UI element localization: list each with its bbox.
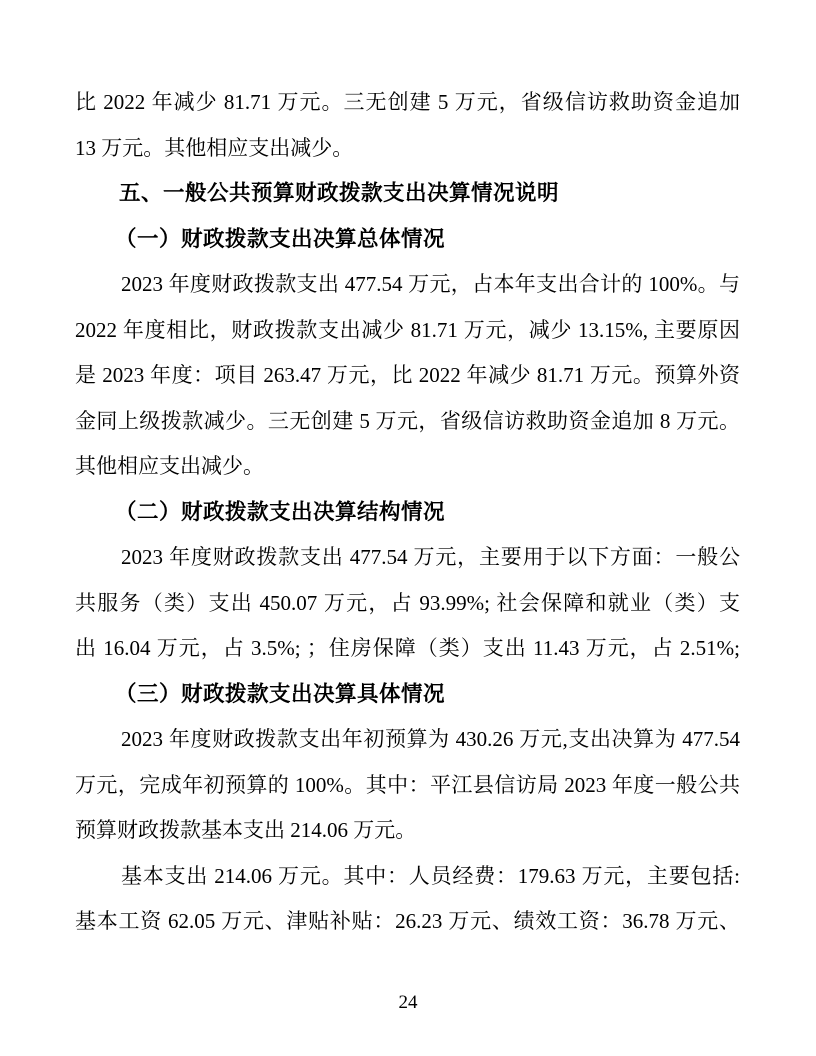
text-line: 2023 年度财政拨款支出年初预算为 430.26 万元,支出决算为 477.5… — [75, 717, 740, 763]
subsection-heading: （一）财政拨款支出决算总体情况 — [75, 217, 740, 263]
text-line: 基本支出 214.06 万元。其中：人员经费：179.63 万元，主要包括: — [75, 854, 740, 900]
subsection-heading: （二）财政拨款支出决算结构情况 — [75, 490, 740, 536]
text-line: 共服务（类）支出 450.07 万元，占 93.99%; 社会保障和就业（类）支 — [75, 581, 740, 627]
text-line: 基本工资 62.05 万元、津贴补贴：26.23 万元、绩效工资：36.78 万… — [75, 899, 740, 945]
page-number: 24 — [0, 992, 816, 1014]
text-line: 万元，完成年初预算的 100%。其中：平江县信访局 2023 年度一般公共 — [75, 763, 740, 809]
text-line: 其他相应支出减少。 — [75, 444, 740, 490]
text-line: 13 万元。其他相应支出减少。 — [75, 126, 740, 172]
text-line: 比 2022 年减少 81.71 万元。三无创建 5 万元，省级信访救助资金追加 — [75, 80, 740, 126]
text-line: 2023 年度财政拨款支出 477.54 万元，占本年支出合计的 100%。与 — [75, 262, 740, 308]
text-line: 预算财政拨款基本支出 214.06 万元。 — [75, 808, 740, 854]
text-line: 2022 年度相比，财政拨款支出减少 81.71 万元，减少 13.15%, 主… — [75, 308, 740, 354]
text-line: 金同上级拨款减少。三无创建 5 万元，省级信访救助资金追加 8 万元。 — [75, 399, 740, 445]
subsection-heading: （三）财政拨款支出决算具体情况 — [75, 672, 740, 718]
text-line: 出 16.04 万元，占 3.5%; ；住房保障（类）支出 11.43 万元，占… — [75, 626, 740, 672]
text-line: 是 2023 年度：项目 263.47 万元，比 2022 年减少 81.71 … — [75, 353, 740, 399]
document-page: 比 2022 年减少 81.71 万元。三无创建 5 万元，省级信访救助资金追加… — [0, 0, 816, 1056]
text-line: 2023 年度财政拨款支出 477.54 万元，主要用于以下方面：一般公 — [75, 535, 740, 581]
page-content: 比 2022 年减少 81.71 万元。三无创建 5 万元，省级信访救助资金追加… — [75, 80, 740, 945]
section-heading: 五、一般公共预算财政拨款支出决算情况说明 — [75, 171, 740, 217]
